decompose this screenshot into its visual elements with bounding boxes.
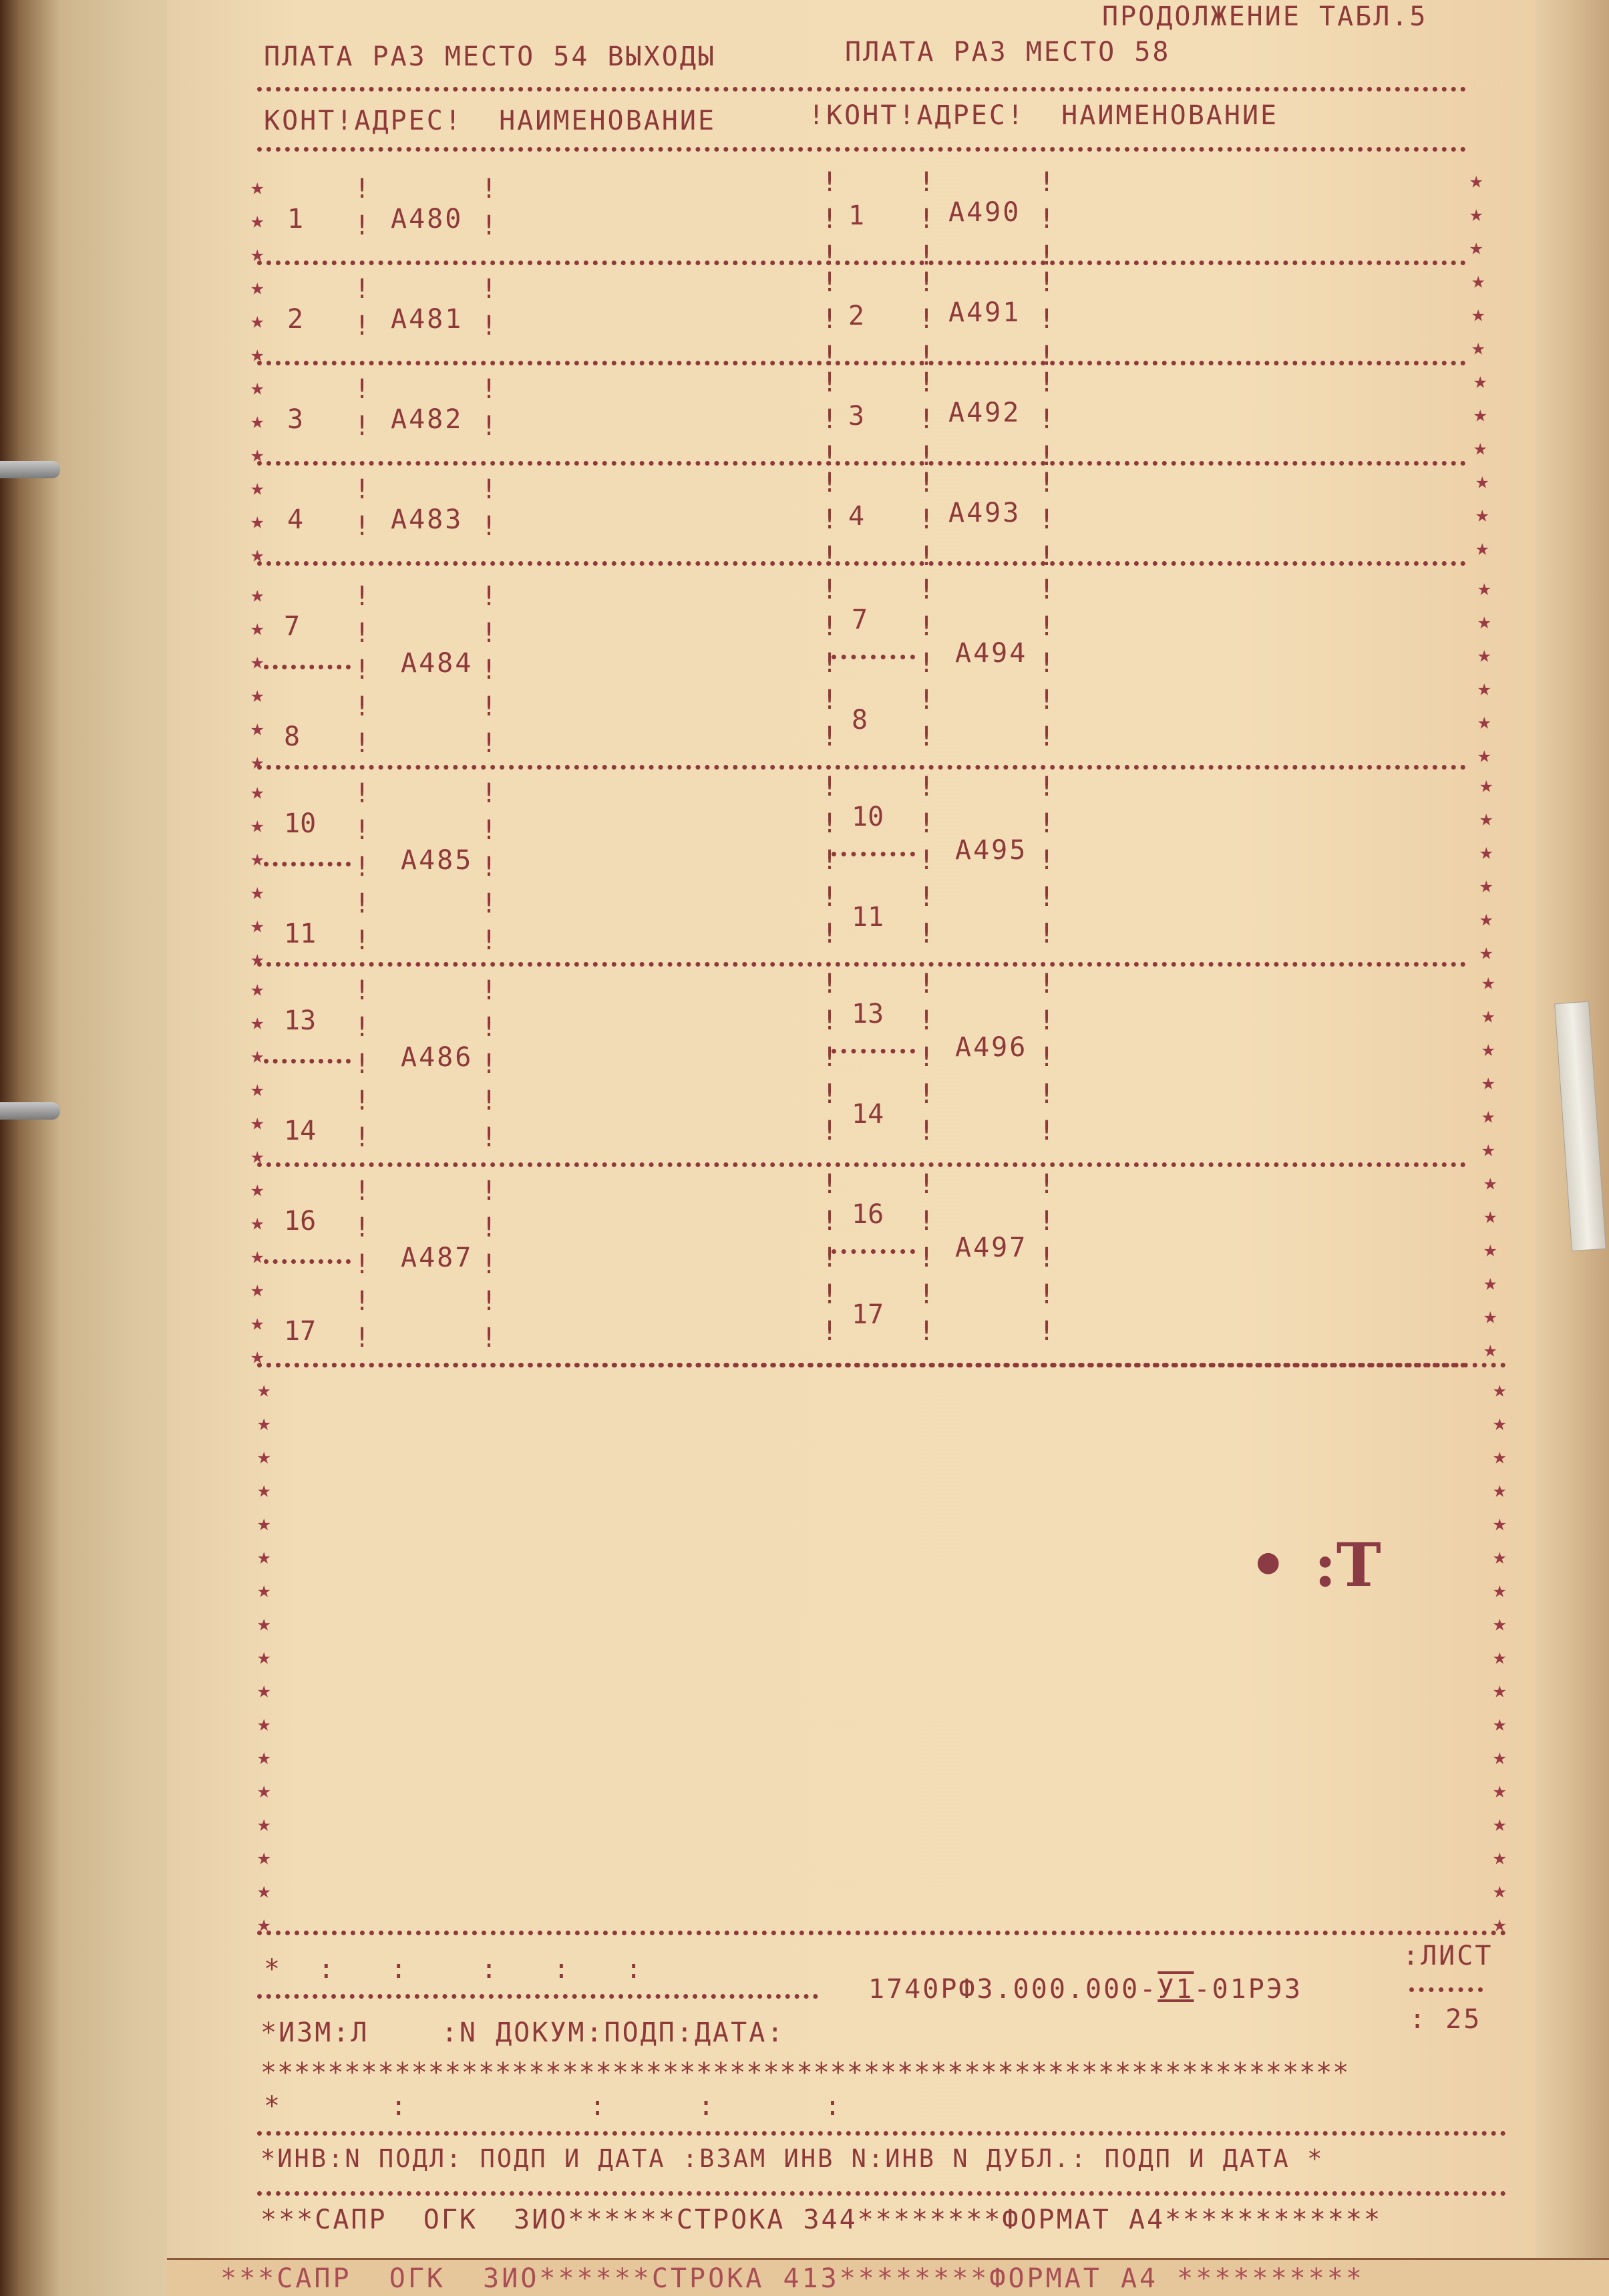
column-separator: ! <box>481 274 497 305</box>
column-separator: ! <box>918 304 934 335</box>
border-star-icon: ★ <box>1477 575 1491 601</box>
column-separator: ! <box>822 611 838 642</box>
column-separator: ! <box>354 581 370 612</box>
right-address: A492 <box>948 397 1021 428</box>
column-separator: ! <box>481 174 497 204</box>
border-star-icon: ★ <box>257 1610 271 1637</box>
border-star-icon: ★ <box>1493 1744 1506 1770</box>
right-address: A491 <box>948 297 1021 328</box>
column-separator: ! <box>481 888 497 919</box>
right-contact: 4 <box>848 501 864 532</box>
border-star-icon: ★ <box>1473 367 1487 394</box>
border-star-icon: ★ <box>250 374 264 401</box>
column-separator: ! <box>1039 304 1055 335</box>
column-separator: ! <box>1039 611 1055 642</box>
column-separator: ! <box>1039 541 1055 572</box>
left-address: A482 <box>391 404 463 435</box>
split-divider <box>264 862 351 866</box>
border-star-icon: ★ <box>1493 1376 1506 1403</box>
inventory-cells: * : : : : <box>264 2091 843 2122</box>
column-separator: ! <box>822 267 838 298</box>
column-separator: ! <box>1039 367 1055 398</box>
border-star-icon: ★ <box>250 581 264 608</box>
column-separator: ! <box>918 648 934 679</box>
border-star-icon: ★ <box>1483 1202 1497 1229</box>
border-star-icon: ★ <box>1493 1844 1506 1870</box>
inventory-row: *ИНВ:N ПОДЛ: ПОДП И ДАТА :ВЗАМ ИНВ N:ИНВ… <box>260 2144 1324 2173</box>
column-separator: ! <box>1039 204 1055 234</box>
border-star-icon: ★ <box>1493 1410 1506 1436</box>
column-separator: ! <box>481 1012 497 1043</box>
column-separator: ! <box>918 1169 934 1200</box>
handwritten-mark: •:Т <box>1249 1530 1381 1601</box>
split-divider <box>264 1059 351 1063</box>
column-separator: ! <box>918 1206 934 1237</box>
column-separator: ! <box>354 1049 370 1080</box>
column-separator: ! <box>1039 1005 1055 1036</box>
column-separator: ! <box>822 1279 838 1310</box>
column-separator: ! <box>1039 404 1055 435</box>
right-contact: 14 <box>852 1099 884 1130</box>
column-separator: ! <box>354 174 370 204</box>
column-separator: ! <box>918 808 934 839</box>
column-separator: ! <box>918 1042 934 1073</box>
right-contact: 11 <box>852 902 884 933</box>
column-separator: ! <box>822 468 838 498</box>
right-address: A494 <box>955 638 1027 669</box>
border-star-icon: ★ <box>257 1410 271 1436</box>
column-separator: ! <box>481 852 497 882</box>
column-separator: ! <box>481 474 497 505</box>
right-contact: 13 <box>852 999 884 1029</box>
left-address: A487 <box>401 1243 473 1273</box>
column-separator: ! <box>822 772 838 802</box>
column-separator: ! <box>822 685 838 715</box>
column-separator: ! <box>918 845 934 876</box>
column-separator: ! <box>481 374 497 405</box>
column-separator: ! <box>481 975 497 1006</box>
right-board-title: ПЛАТА РАЗ МЕСТО 58 <box>845 37 1170 67</box>
row-divider <box>257 1162 1466 1167</box>
left-contact: 8 <box>284 721 300 752</box>
column-separator: ! <box>918 267 934 298</box>
border-star-icon: ★ <box>257 1810 271 1837</box>
border-star-icon: ★ <box>250 648 264 675</box>
column-separator: ! <box>822 304 838 335</box>
column-separator: ! <box>1039 267 1055 298</box>
border-star-icon: ★ <box>257 1777 271 1804</box>
column-separator: ! <box>481 691 497 722</box>
border-star-icon: ★ <box>250 474 264 501</box>
column-separator: ! <box>1039 1116 1055 1146</box>
column-separator: ! <box>918 541 934 572</box>
column-separator: ! <box>354 374 370 405</box>
column-separator: ! <box>822 541 838 572</box>
split-divider <box>832 1249 915 1254</box>
row-divider <box>257 361 1466 365</box>
border-star-icon: ★ <box>250 945 264 972</box>
column-separator: ! <box>822 1206 838 1237</box>
column-separator: ! <box>918 404 934 435</box>
column-separator: ! <box>1039 1279 1055 1310</box>
border-star-icon: ★ <box>1493 1510 1506 1536</box>
border-star-icon: ★ <box>250 748 264 775</box>
right-contact: 3 <box>848 401 864 432</box>
right-address: A493 <box>948 498 1021 528</box>
column-separator: ! <box>918 611 934 642</box>
left-header: КОНТ!АДРЕС! НАИМЕНОВАНИЕ <box>264 106 716 136</box>
binder-ring <box>0 1102 60 1120</box>
column-separator: ! <box>918 772 934 802</box>
column-separator: ! <box>354 778 370 809</box>
column-separator: ! <box>481 581 497 612</box>
underlying-footer-text: ***САПР ОГК ЗИО******СТРОКА 413********Ф… <box>220 2263 1365 2294</box>
column-separator: ! <box>1039 1042 1055 1073</box>
right-contact: 7 <box>852 605 868 635</box>
column-separator: ! <box>918 969 934 999</box>
column-separator: ! <box>1039 504 1055 535</box>
border-star-icon: ★ <box>1481 969 1495 995</box>
column-separator: ! <box>822 404 838 435</box>
column-separator: ! <box>1039 1206 1055 1237</box>
column-separator: ! <box>822 1005 838 1036</box>
column-separator: ! <box>822 1116 838 1146</box>
column-separator: ! <box>1039 685 1055 715</box>
border-star-icon: ★ <box>1493 1577 1506 1603</box>
row-divider <box>257 261 1466 265</box>
column-separator: ! <box>1039 845 1055 876</box>
border-star-icon: ★ <box>250 1243 264 1269</box>
border-star-icon: ★ <box>250 1109 264 1136</box>
column-separator: ! <box>822 919 838 949</box>
column-separator: ! <box>822 648 838 679</box>
border-star-icon: ★ <box>1493 1543 1506 1570</box>
continuation-label: ПРОДОЛЖЕНИЕ ТАБЛ.5 <box>1102 1 1427 32</box>
right-contact: 2 <box>848 301 864 331</box>
border-star-icon: ★ <box>1475 501 1489 528</box>
binder-ring <box>0 461 60 478</box>
column-separator: ! <box>822 1316 838 1347</box>
column-separator: ! <box>354 691 370 722</box>
left-contact: 4 <box>287 504 303 535</box>
column-separator: ! <box>822 969 838 999</box>
border-star-icon: ★ <box>250 174 264 200</box>
column-separator: ! <box>918 1116 934 1146</box>
column-separator: ! <box>1039 1316 1055 1347</box>
border-star-icon: ★ <box>1477 608 1491 635</box>
column-separator: ! <box>481 1249 497 1280</box>
split-divider <box>264 665 351 669</box>
border-star-icon: ★ <box>250 1009 264 1035</box>
column-separator: ! <box>481 511 497 542</box>
left-contact: 7 <box>284 611 300 642</box>
left-contact: 13 <box>284 1005 316 1036</box>
border-star-icon: ★ <box>257 1577 271 1603</box>
left-address: A485 <box>401 845 473 876</box>
column-separator: ! <box>481 925 497 956</box>
column-separator: ! <box>918 721 934 752</box>
right-contact: 1 <box>848 200 864 231</box>
column-separator: ! <box>918 1079 934 1110</box>
column-separator: ! <box>918 468 934 498</box>
right-header: !КОНТ!АДРЕС! НАИМЕНОВАНИЕ <box>808 100 1278 131</box>
border-star-icon: ★ <box>1473 434 1487 461</box>
border-star-icon: ★ <box>257 1376 271 1403</box>
border-star-icon: ★ <box>1469 167 1483 194</box>
column-separator: ! <box>481 411 497 442</box>
column-separator: ! <box>354 1286 370 1317</box>
border-star-icon: ★ <box>1481 1002 1495 1029</box>
column-separator: ! <box>354 852 370 882</box>
column-separator: ! <box>481 1286 497 1317</box>
column-separator: ! <box>1039 808 1055 839</box>
border-star-icon: ★ <box>1483 1303 1497 1329</box>
left-address: A486 <box>401 1042 473 1073</box>
border-star-icon: ★ <box>1493 1610 1506 1637</box>
left-contact: 2 <box>287 304 303 335</box>
column-separator: ! <box>1039 648 1055 679</box>
divider <box>257 2191 1506 2196</box>
left-address: A481 <box>391 304 463 335</box>
column-separator: ! <box>1039 167 1055 198</box>
divider <box>257 87 1466 92</box>
column-separator: ! <box>481 1212 497 1243</box>
column-separator: ! <box>354 1249 370 1280</box>
column-separator: ! <box>822 845 838 876</box>
sheet-number: : 25 <box>1409 2004 1481 2035</box>
border-star-icon: ★ <box>250 615 264 641</box>
column-separator: ! <box>918 575 934 605</box>
left-address: A483 <box>391 504 463 535</box>
column-separator: ! <box>354 618 370 649</box>
border-star-icon: ★ <box>1483 1336 1497 1363</box>
border-star-icon: ★ <box>257 1510 271 1536</box>
column-separator: ! <box>354 511 370 542</box>
border-star-icon: ★ <box>1475 468 1489 494</box>
split-divider <box>832 655 915 659</box>
column-separator: ! <box>354 210 370 241</box>
border-star-icon: ★ <box>250 878 264 905</box>
column-separator: ! <box>1039 468 1055 498</box>
column-separator: ! <box>354 1323 370 1353</box>
column-separator: ! <box>481 1086 497 1116</box>
column-separator: ! <box>918 919 934 949</box>
column-separator: ! <box>822 1169 838 1200</box>
column-separator: ! <box>918 167 934 198</box>
split-divider <box>264 1259 351 1264</box>
column-separator: ! <box>354 975 370 1006</box>
column-separator: ! <box>918 204 934 234</box>
column-separator: ! <box>918 1005 934 1036</box>
column-separator: ! <box>1039 919 1055 949</box>
column-separator: ! <box>1039 969 1055 999</box>
border-star-icon: ★ <box>1471 267 1485 294</box>
right-address: A495 <box>955 835 1027 866</box>
border-star-icon: ★ <box>250 812 264 838</box>
column-separator: ! <box>918 1316 934 1347</box>
column-separator: ! <box>354 1086 370 1116</box>
border-star-icon: ★ <box>250 1176 264 1202</box>
column-separator: ! <box>822 721 838 752</box>
border-star-icon: ★ <box>1477 742 1491 768</box>
border-star-icon: ★ <box>1475 534 1489 561</box>
border-star-icon: ★ <box>257 1744 271 1770</box>
border-star-icon: ★ <box>257 1643 271 1670</box>
border-star-icon: ★ <box>1493 1443 1506 1470</box>
right-contact: 16 <box>852 1199 884 1230</box>
sheet-label: :ЛИСТ <box>1403 1941 1493 1971</box>
column-separator: ! <box>354 1122 370 1153</box>
column-separator: ! <box>354 815 370 846</box>
column-separator: ! <box>481 1049 497 1080</box>
column-separator: ! <box>822 1243 838 1273</box>
left-contact: 10 <box>284 808 316 839</box>
column-separator: ! <box>1039 721 1055 752</box>
column-separator: ! <box>354 1176 370 1206</box>
column-separator: ! <box>822 1079 838 1110</box>
right-address: A490 <box>948 197 1021 228</box>
row-divider <box>257 962 1466 967</box>
column-separator: ! <box>822 575 838 605</box>
column-separator: ! <box>822 367 838 398</box>
right-address: A496 <box>955 1032 1027 1063</box>
border-star-icon: ★ <box>250 207 264 234</box>
border-star-icon: ★ <box>1477 641 1491 668</box>
column-separator: ! <box>822 882 838 913</box>
column-separator: ! <box>918 882 934 913</box>
border-star-icon: ★ <box>1479 805 1493 832</box>
border-star-icon: ★ <box>250 307 264 334</box>
border-star-icon: ★ <box>1473 401 1487 428</box>
column-separator: ! <box>822 204 838 234</box>
border-star-icon: ★ <box>1493 1810 1506 1837</box>
column-separator: ! <box>822 167 838 198</box>
border-star-icon: ★ <box>1477 708 1491 735</box>
left-contact: 3 <box>287 404 303 435</box>
right-contact: 8 <box>852 705 868 735</box>
left-address: A480 <box>391 204 463 234</box>
column-separator: ! <box>481 618 497 649</box>
column-separator: ! <box>481 728 497 759</box>
left-contact: 11 <box>284 919 316 949</box>
column-separator: ! <box>354 474 370 505</box>
divider <box>257 1931 1506 1935</box>
column-separator: ! <box>354 1212 370 1243</box>
document-designation: 1740РФ3.000.000-У1-01РЭ3 <box>868 1974 1302 2005</box>
revision-row: *ИЗМ:Л :N ДОКУМ:ПОДП:ДАТА: <box>260 2017 785 2048</box>
left-contact: 14 <box>284 1116 316 1146</box>
border-star-icon: ★ <box>1471 334 1485 361</box>
border-star-icon: ★ <box>1481 1069 1495 1096</box>
border-star-icon: ★ <box>1493 1643 1506 1670</box>
right-contact: 17 <box>852 1299 884 1330</box>
column-separator: ! <box>822 808 838 839</box>
column-separator: ! <box>822 1042 838 1073</box>
column-separator: ! <box>481 778 497 809</box>
border-star-icon: ★ <box>250 407 264 434</box>
column-separator: ! <box>481 311 497 341</box>
column-separator: ! <box>1039 882 1055 913</box>
right-address: A497 <box>955 1233 1027 1263</box>
border-star-icon: ★ <box>250 975 264 1002</box>
right-contact: 10 <box>852 802 884 832</box>
border-star-icon: ★ <box>1483 1169 1497 1196</box>
border-star-icon: ★ <box>1483 1236 1497 1263</box>
border-star-icon: ★ <box>1493 1777 1506 1804</box>
border-star-icon: ★ <box>250 1309 264 1336</box>
column-separator: ! <box>481 815 497 846</box>
column-separator: ! <box>918 1243 934 1273</box>
border-star-icon: ★ <box>1469 234 1483 261</box>
footer-line: ***САПР ОГК ЗИО******СТРОКА 344********Ф… <box>260 2204 1382 2235</box>
printout-page <box>167 0 1536 2296</box>
split-divider <box>832 852 915 856</box>
column-separator: ! <box>354 925 370 956</box>
border-star-icon: ★ <box>1479 772 1493 798</box>
column-separator: ! <box>481 1176 497 1206</box>
column-separator: ! <box>354 274 370 305</box>
border-star-icon: ★ <box>1479 939 1493 965</box>
border-star-icon: ★ <box>1493 1677 1506 1703</box>
border-star-icon: ★ <box>257 1543 271 1570</box>
border-star-icon: ★ <box>1479 905 1493 932</box>
column-separator: ! <box>354 411 370 442</box>
border-star-icon: ★ <box>250 1276 264 1303</box>
border-star-icon: ★ <box>250 845 264 872</box>
column-separator: ! <box>354 888 370 919</box>
left-contact: 1 <box>287 204 303 234</box>
border-star-icon: ★ <box>257 1677 271 1703</box>
border-star-icon: ★ <box>1493 1877 1506 1904</box>
border-star-icon: ★ <box>1493 1710 1506 1737</box>
border-star-icon: ★ <box>250 508 264 534</box>
column-separator: ! <box>481 1122 497 1153</box>
column-separator: ! <box>918 504 934 535</box>
border-star-icon: ★ <box>250 778 264 805</box>
left-address: A484 <box>401 648 473 679</box>
border-star-icon: ★ <box>1481 1136 1495 1162</box>
divider <box>1409 1987 1483 1992</box>
column-separator: ! <box>1039 772 1055 802</box>
border-star-icon: ★ <box>1479 838 1493 865</box>
border-star-icon: ★ <box>1481 1102 1495 1129</box>
column-separator: ! <box>918 367 934 398</box>
row-divider <box>257 561 1466 566</box>
border-star-icon: ★ <box>257 1710 271 1737</box>
row-divider <box>257 461 1466 466</box>
column-separator: ! <box>481 1323 497 1353</box>
row-divider <box>257 765 1466 770</box>
column-separator: ! <box>822 504 838 535</box>
column-separator: ! <box>1039 575 1055 605</box>
split-divider <box>832 1049 915 1053</box>
border-star-icon: ★ <box>250 1042 264 1069</box>
border-star-icon: ★ <box>1479 872 1493 898</box>
column-separator: ! <box>481 655 497 685</box>
divider <box>257 1994 818 1999</box>
column-separator: ! <box>354 1012 370 1043</box>
revision-cells: * : : : : : <box>264 1954 644 1985</box>
column-separator: ! <box>1039 1169 1055 1200</box>
border-star-icon: ★ <box>250 1209 264 1236</box>
border-star-icon: ★ <box>257 1877 271 1904</box>
border-star-icon: ★ <box>1469 200 1483 227</box>
left-contact: 16 <box>284 1206 316 1237</box>
border-star-icon: ★ <box>257 1476 271 1503</box>
column-separator: ! <box>918 1279 934 1310</box>
border-star-icon: ★ <box>257 1844 271 1870</box>
column-separator: ! <box>354 311 370 341</box>
